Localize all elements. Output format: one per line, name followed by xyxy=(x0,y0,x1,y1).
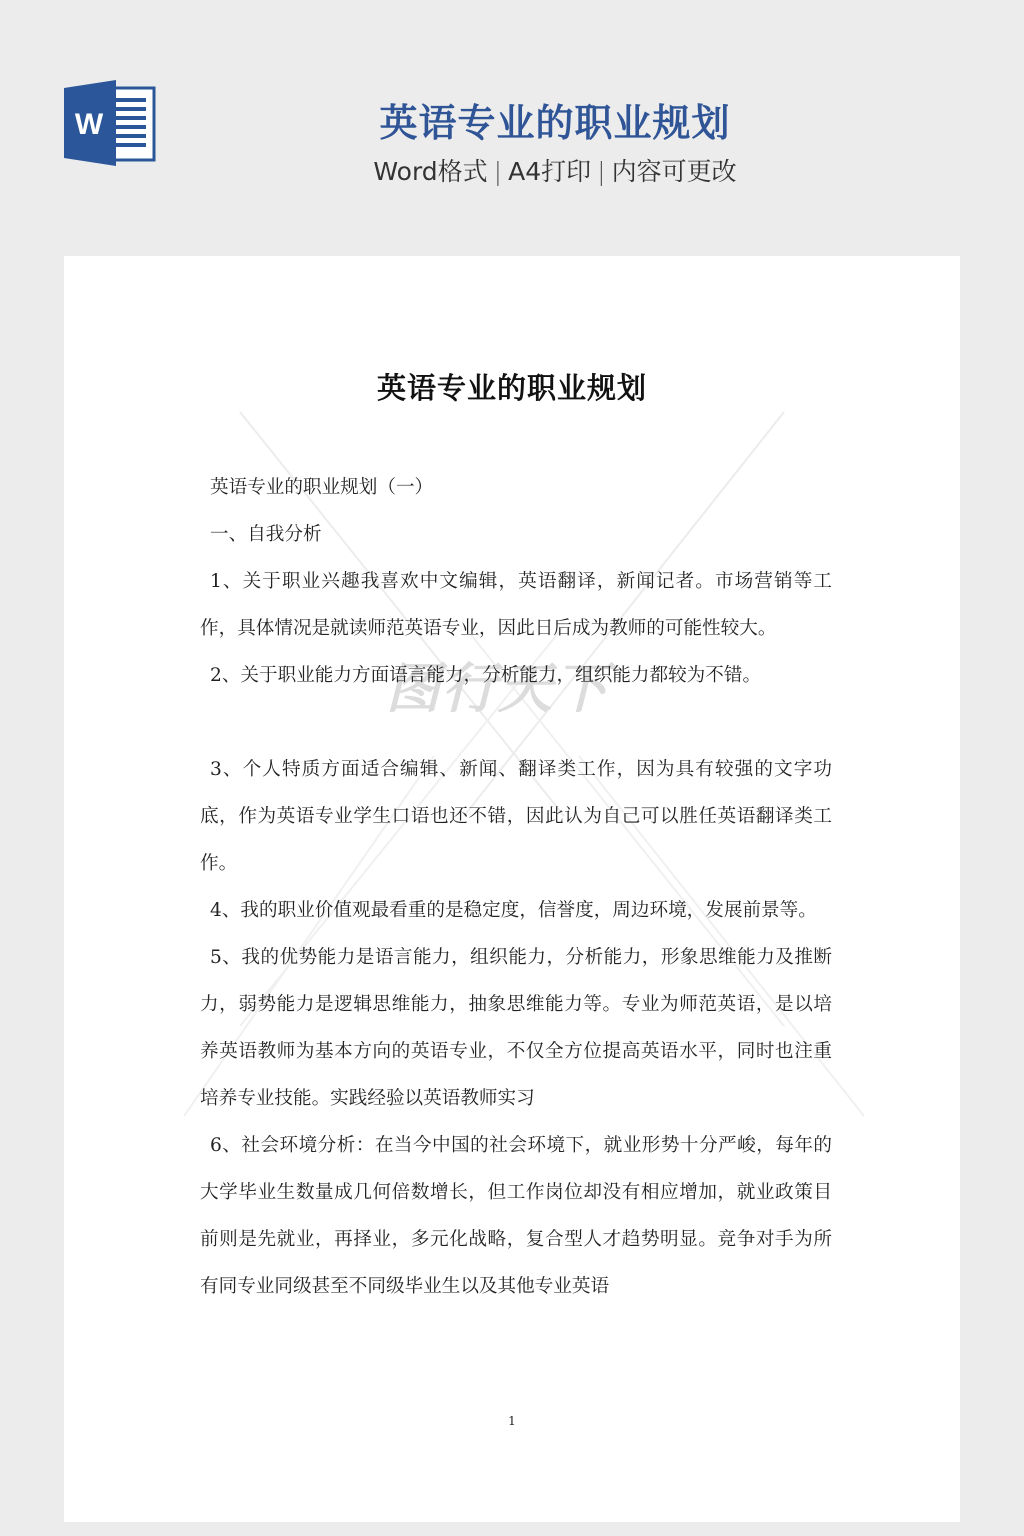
document-body: 英语专业的职业规划（一） 一、自我分析 1、关于职业兴趣我喜欢中文编辑，英语翻译… xyxy=(200,464,832,1310)
section-heading: 一、自我分析 xyxy=(200,511,832,558)
document-page: 图行天下 英语专业的职业规划 英语专业的职业规划（一） 一、自我分析 1、关于职… xyxy=(64,256,960,1522)
paragraph: 2、关于职业能力方面语言能力，分析能力，组织能力都较为不错。 xyxy=(200,652,832,699)
word-icon-letter: W xyxy=(75,108,104,141)
paragraph: 3、个人特质方面适合编辑、新闻、翻译类工作，因为具有较强的文字功底，作为英语专业… xyxy=(200,746,832,887)
header-subtitle: Word格式|A4打印|内容可更改 xyxy=(300,152,810,188)
document-title: 英语专业的职业规划 xyxy=(64,366,960,407)
paragraph: 4、我的职业价值观最看重的是稳定度，信誉度，周边环境，发展前景等。 xyxy=(200,887,832,934)
separator: | xyxy=(494,157,502,186)
editable-label: 内容可更改 xyxy=(612,157,737,186)
separator: | xyxy=(597,157,605,186)
paragraph: 5、我的优势能力是语言能力，组织能力，分析能力，形象思维能力及推断力，弱势能力是… xyxy=(200,934,832,1122)
blank-line xyxy=(200,699,832,746)
preview-header: W 英语专业的职业规划 Word格式|A4打印|内容可更改 xyxy=(0,0,1024,256)
page-number: 1 xyxy=(64,1414,960,1428)
print-label: A4打印 xyxy=(508,157,591,186)
word-document-icon: W xyxy=(64,80,158,166)
format-label: Word格式 xyxy=(373,157,487,186)
paragraph: 6、社会环境分析：在当今中国的社会环境下，就业形势十分严峻，每年的大学毕业生数量… xyxy=(200,1122,832,1310)
subtitle-paragraph: 英语专业的职业规划（一） xyxy=(200,464,832,511)
paragraph: 1、关于职业兴趣我喜欢中文编辑，英语翻译，新闻记者。市场营销等工作，具体情况是就… xyxy=(200,558,832,652)
header-title: 英语专业的职业规划 xyxy=(300,92,810,147)
